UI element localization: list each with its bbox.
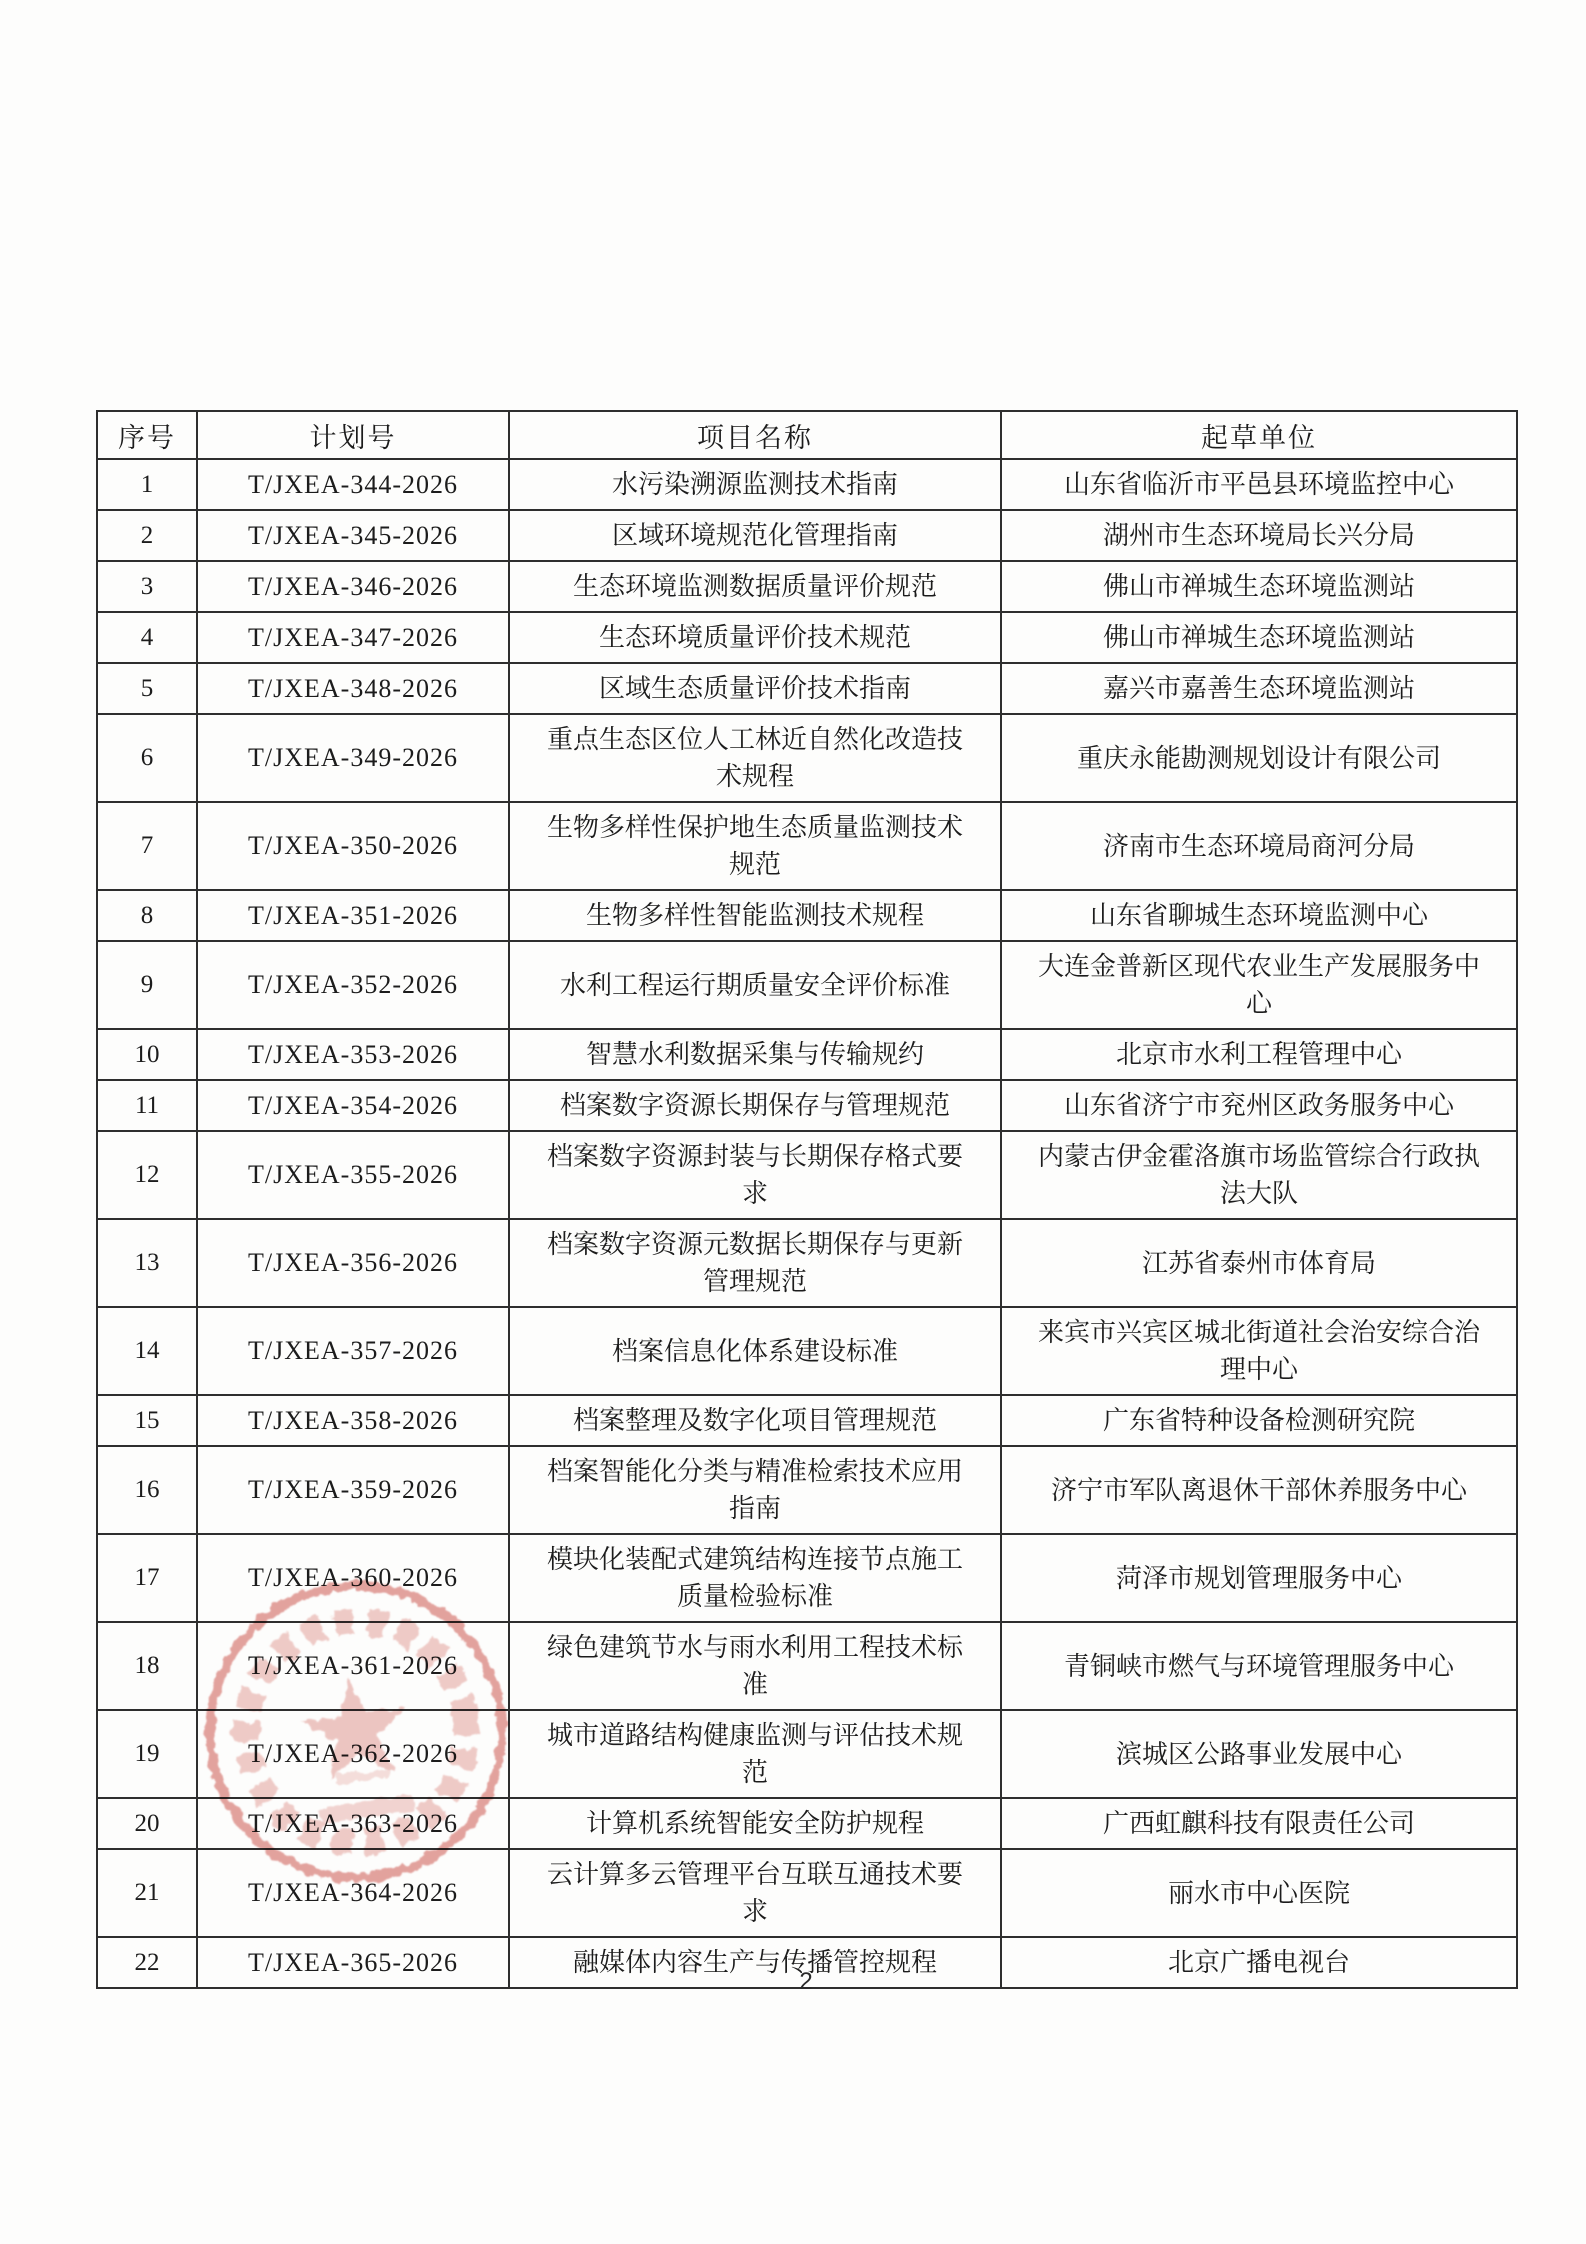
table-row: 9 T/JXEA-352-2026 水利工程运行期质量安全评价标准 大连金普新区…	[97, 941, 1517, 1029]
column-header-unit: 起草单位	[1001, 411, 1517, 459]
column-header-name: 项目名称	[509, 411, 1001, 459]
column-header-no: 序号	[97, 411, 197, 459]
cell-serial-number: 11	[97, 1080, 197, 1131]
cell-drafting-unit: 滨城区公路事业发展中心	[1001, 1710, 1517, 1798]
table-row: 18 T/JXEA-361-2026 绿色建筑节水与雨水利用工程技术标准 青铜峡…	[97, 1622, 1517, 1710]
table-row: 6 T/JXEA-349-2026 重点生态区位人工林近自然化改造技术规程 重庆…	[97, 714, 1517, 802]
cell-drafting-unit: 广西虹麒科技有限责任公司	[1001, 1798, 1517, 1849]
cell-serial-number: 9	[97, 941, 197, 1029]
cell-plan-number: T/JXEA-358-2026	[197, 1395, 509, 1446]
cell-project-name: 模块化装配式建筑结构连接节点施工质量检验标准	[509, 1534, 1001, 1622]
cell-plan-number: T/JXEA-356-2026	[197, 1219, 509, 1307]
cell-project-name: 档案数字资源元数据长期保存与更新管理规范	[509, 1219, 1001, 1307]
cell-project-name: 档案数字资源封装与长期保存格式要求	[509, 1131, 1001, 1219]
cell-project-name: 档案数字资源长期保存与管理规范	[509, 1080, 1001, 1131]
cell-plan-number: T/JXEA-353-2026	[197, 1029, 509, 1080]
table-row: 16 T/JXEA-359-2026 档案智能化分类与精准检索技术应用指南 济宁…	[97, 1446, 1517, 1534]
cell-drafting-unit: 济南市生态环境局商河分局	[1001, 802, 1517, 890]
cell-project-name: 档案整理及数字化项目管理规范	[509, 1395, 1001, 1446]
table-row: 12 T/JXEA-355-2026 档案数字资源封装与长期保存格式要求 内蒙古…	[97, 1131, 1517, 1219]
cell-drafting-unit: 湖州市生态环境局长兴分局	[1001, 510, 1517, 561]
cell-serial-number: 14	[97, 1307, 197, 1395]
cell-project-name: 生态环境质量评价技术规范	[509, 612, 1001, 663]
table-row: 17 T/JXEA-360-2026 模块化装配式建筑结构连接节点施工质量检验标…	[97, 1534, 1517, 1622]
cell-plan-number: T/JXEA-348-2026	[197, 663, 509, 714]
table-row: 3 T/JXEA-346-2026 生态环境监测数据质量评价规范 佛山市禅城生态…	[97, 561, 1517, 612]
cell-serial-number: 12	[97, 1131, 197, 1219]
cell-drafting-unit: 菏泽市规划管理服务中心	[1001, 1534, 1517, 1622]
cell-project-name: 区域环境规范化管理指南	[509, 510, 1001, 561]
cell-plan-number: T/JXEA-357-2026	[197, 1307, 509, 1395]
cell-plan-number: T/JXEA-354-2026	[197, 1080, 509, 1131]
cell-plan-number: T/JXEA-344-2026	[197, 459, 509, 510]
table-row: 7 T/JXEA-350-2026 生物多样性保护地生态质量监测技术规范 济南市…	[97, 802, 1517, 890]
cell-serial-number: 3	[97, 561, 197, 612]
cell-drafting-unit: 广东省特种设备检测研究院	[1001, 1395, 1517, 1446]
cell-serial-number: 7	[97, 802, 197, 890]
cell-plan-number: T/JXEA-349-2026	[197, 714, 509, 802]
table-row: 10 T/JXEA-353-2026 智慧水利数据采集与传输规约 北京市水利工程…	[97, 1029, 1517, 1080]
cell-drafting-unit: 重庆永能勘测规划设计有限公司	[1001, 714, 1517, 802]
table-row: 14 T/JXEA-357-2026 档案信息化体系建设标准 来宾市兴宾区城北街…	[97, 1307, 1517, 1395]
table-body: 1 T/JXEA-344-2026 水污染溯源监测技术指南 山东省临沂市平邑县环…	[97, 459, 1517, 1988]
column-header-plan: 计划号	[197, 411, 509, 459]
cell-project-name: 计算机系统智能安全防护规程	[509, 1798, 1001, 1849]
cell-drafting-unit: 大连金普新区现代农业生产发展服务中心	[1001, 941, 1517, 1029]
cell-drafting-unit: 江苏省泰州市体育局	[1001, 1219, 1517, 1307]
cell-serial-number: 18	[97, 1622, 197, 1710]
table-row: 8 T/JXEA-351-2026 生物多样性智能监测技术规程 山东省聊城生态环…	[97, 890, 1517, 941]
cell-drafting-unit: 山东省济宁市兖州区政务服务中心	[1001, 1080, 1517, 1131]
cell-drafting-unit: 济宁市军队离退休干部休养服务中心	[1001, 1446, 1517, 1534]
cell-project-name: 区域生态质量评价技术指南	[509, 663, 1001, 714]
cell-plan-number: T/JXEA-345-2026	[197, 510, 509, 561]
cell-plan-number: T/JXEA-359-2026	[197, 1446, 509, 1534]
cell-drafting-unit: 山东省临沂市平邑县环境监控中心	[1001, 459, 1517, 510]
cell-project-name: 水污染溯源监测技术指南	[509, 459, 1001, 510]
table-row: 13 T/JXEA-356-2026 档案数字资源元数据长期保存与更新管理规范 …	[97, 1219, 1517, 1307]
cell-serial-number: 4	[97, 612, 197, 663]
cell-project-name: 档案智能化分类与精准检索技术应用指南	[509, 1446, 1001, 1534]
cell-project-name: 生态环境监测数据质量评价规范	[509, 561, 1001, 612]
table-row: 11 T/JXEA-354-2026 档案数字资源长期保存与管理规范 山东省济宁…	[97, 1080, 1517, 1131]
cell-project-name: 水利工程运行期质量安全评价标准	[509, 941, 1001, 1029]
cell-plan-number: T/JXEA-346-2026	[197, 561, 509, 612]
cell-plan-number: T/JXEA-347-2026	[197, 612, 509, 663]
standards-plan-table: 序号 计划号 项目名称 起草单位 1 T/JXEA-344-2026 水污染溯源…	[96, 410, 1518, 1989]
cell-serial-number: 17	[97, 1534, 197, 1622]
table-row: 19 T/JXEA-362-2026 城市道路结构健康监测与评估技术规范 滨城区…	[97, 1710, 1517, 1798]
cell-serial-number: 20	[97, 1798, 197, 1849]
table-row: 15 T/JXEA-358-2026 档案整理及数字化项目管理规范 广东省特种设…	[97, 1395, 1517, 1446]
cell-drafting-unit: 北京市水利工程管理中心	[1001, 1029, 1517, 1080]
cell-plan-number: T/JXEA-362-2026	[197, 1710, 509, 1798]
cell-plan-number: T/JXEA-351-2026	[197, 890, 509, 941]
cell-project-name: 档案信息化体系建设标准	[509, 1307, 1001, 1395]
cell-serial-number: 10	[97, 1029, 197, 1080]
table-row: 1 T/JXEA-344-2026 水污染溯源监测技术指南 山东省临沂市平邑县环…	[97, 459, 1517, 510]
cell-serial-number: 8	[97, 890, 197, 941]
cell-project-name: 生物多样性智能监测技术规程	[509, 890, 1001, 941]
cell-project-name: 重点生态区位人工林近自然化改造技术规程	[509, 714, 1001, 802]
cell-plan-number: T/JXEA-363-2026	[197, 1798, 509, 1849]
cell-serial-number: 2	[97, 510, 197, 561]
table-row: 5 T/JXEA-348-2026 区域生态质量评价技术指南 嘉兴市嘉善生态环境…	[97, 663, 1517, 714]
document-page: 序号 计划号 项目名称 起草单位 1 T/JXEA-344-2026 水污染溯源…	[0, 0, 1586, 2244]
table-header-row: 序号 计划号 项目名称 起草单位	[97, 411, 1517, 459]
cell-plan-number: T/JXEA-350-2026	[197, 802, 509, 890]
cell-project-name: 绿色建筑节水与雨水利用工程技术标准	[509, 1622, 1001, 1710]
table-row: 4 T/JXEA-347-2026 生态环境质量评价技术规范 佛山市禅城生态环境…	[97, 612, 1517, 663]
cell-drafting-unit: 青铜峡市燃气与环境管理服务中心	[1001, 1622, 1517, 1710]
cell-project-name: 云计算多云管理平台互联互通技术要求	[509, 1849, 1001, 1937]
cell-project-name: 智慧水利数据采集与传输规约	[509, 1029, 1001, 1080]
cell-drafting-unit: 丽水市中心医院	[1001, 1849, 1517, 1937]
cell-serial-number: 13	[97, 1219, 197, 1307]
cell-serial-number: 19	[97, 1710, 197, 1798]
cell-project-name: 生物多样性保护地生态质量监测技术规范	[509, 802, 1001, 890]
cell-serial-number: 1	[97, 459, 197, 510]
cell-drafting-unit: 嘉兴市嘉善生态环境监测站	[1001, 663, 1517, 714]
table-row: 2 T/JXEA-345-2026 区域环境规范化管理指南 湖州市生态环境局长兴…	[97, 510, 1517, 561]
cell-plan-number: T/JXEA-364-2026	[197, 1849, 509, 1937]
cell-drafting-unit: 佛山市禅城生态环境监测站	[1001, 612, 1517, 663]
cell-serial-number: 6	[97, 714, 197, 802]
cell-drafting-unit: 佛山市禅城生态环境监测站	[1001, 561, 1517, 612]
table-row: 20 T/JXEA-363-2026 计算机系统智能安全防护规程 广西虹麒科技有…	[97, 1798, 1517, 1849]
page-number: 2	[96, 1968, 1516, 1996]
cell-plan-number: T/JXEA-352-2026	[197, 941, 509, 1029]
cell-serial-number: 21	[97, 1849, 197, 1937]
table-row: 21 T/JXEA-364-2026 云计算多云管理平台互联互通技术要求 丽水市…	[97, 1849, 1517, 1937]
cell-plan-number: T/JXEA-355-2026	[197, 1131, 509, 1219]
cell-project-name: 城市道路结构健康监测与评估技术规范	[509, 1710, 1001, 1798]
cell-serial-number: 5	[97, 663, 197, 714]
cell-plan-number: T/JXEA-361-2026	[197, 1622, 509, 1710]
cell-drafting-unit: 来宾市兴宾区城北街道社会治安综合治理中心	[1001, 1307, 1517, 1395]
cell-serial-number: 15	[97, 1395, 197, 1446]
cell-plan-number: T/JXEA-360-2026	[197, 1534, 509, 1622]
cell-serial-number: 16	[97, 1446, 197, 1534]
cell-drafting-unit: 山东省聊城生态环境监测中心	[1001, 890, 1517, 941]
cell-drafting-unit: 内蒙古伊金霍洛旗市场监管综合行政执法大队	[1001, 1131, 1517, 1219]
